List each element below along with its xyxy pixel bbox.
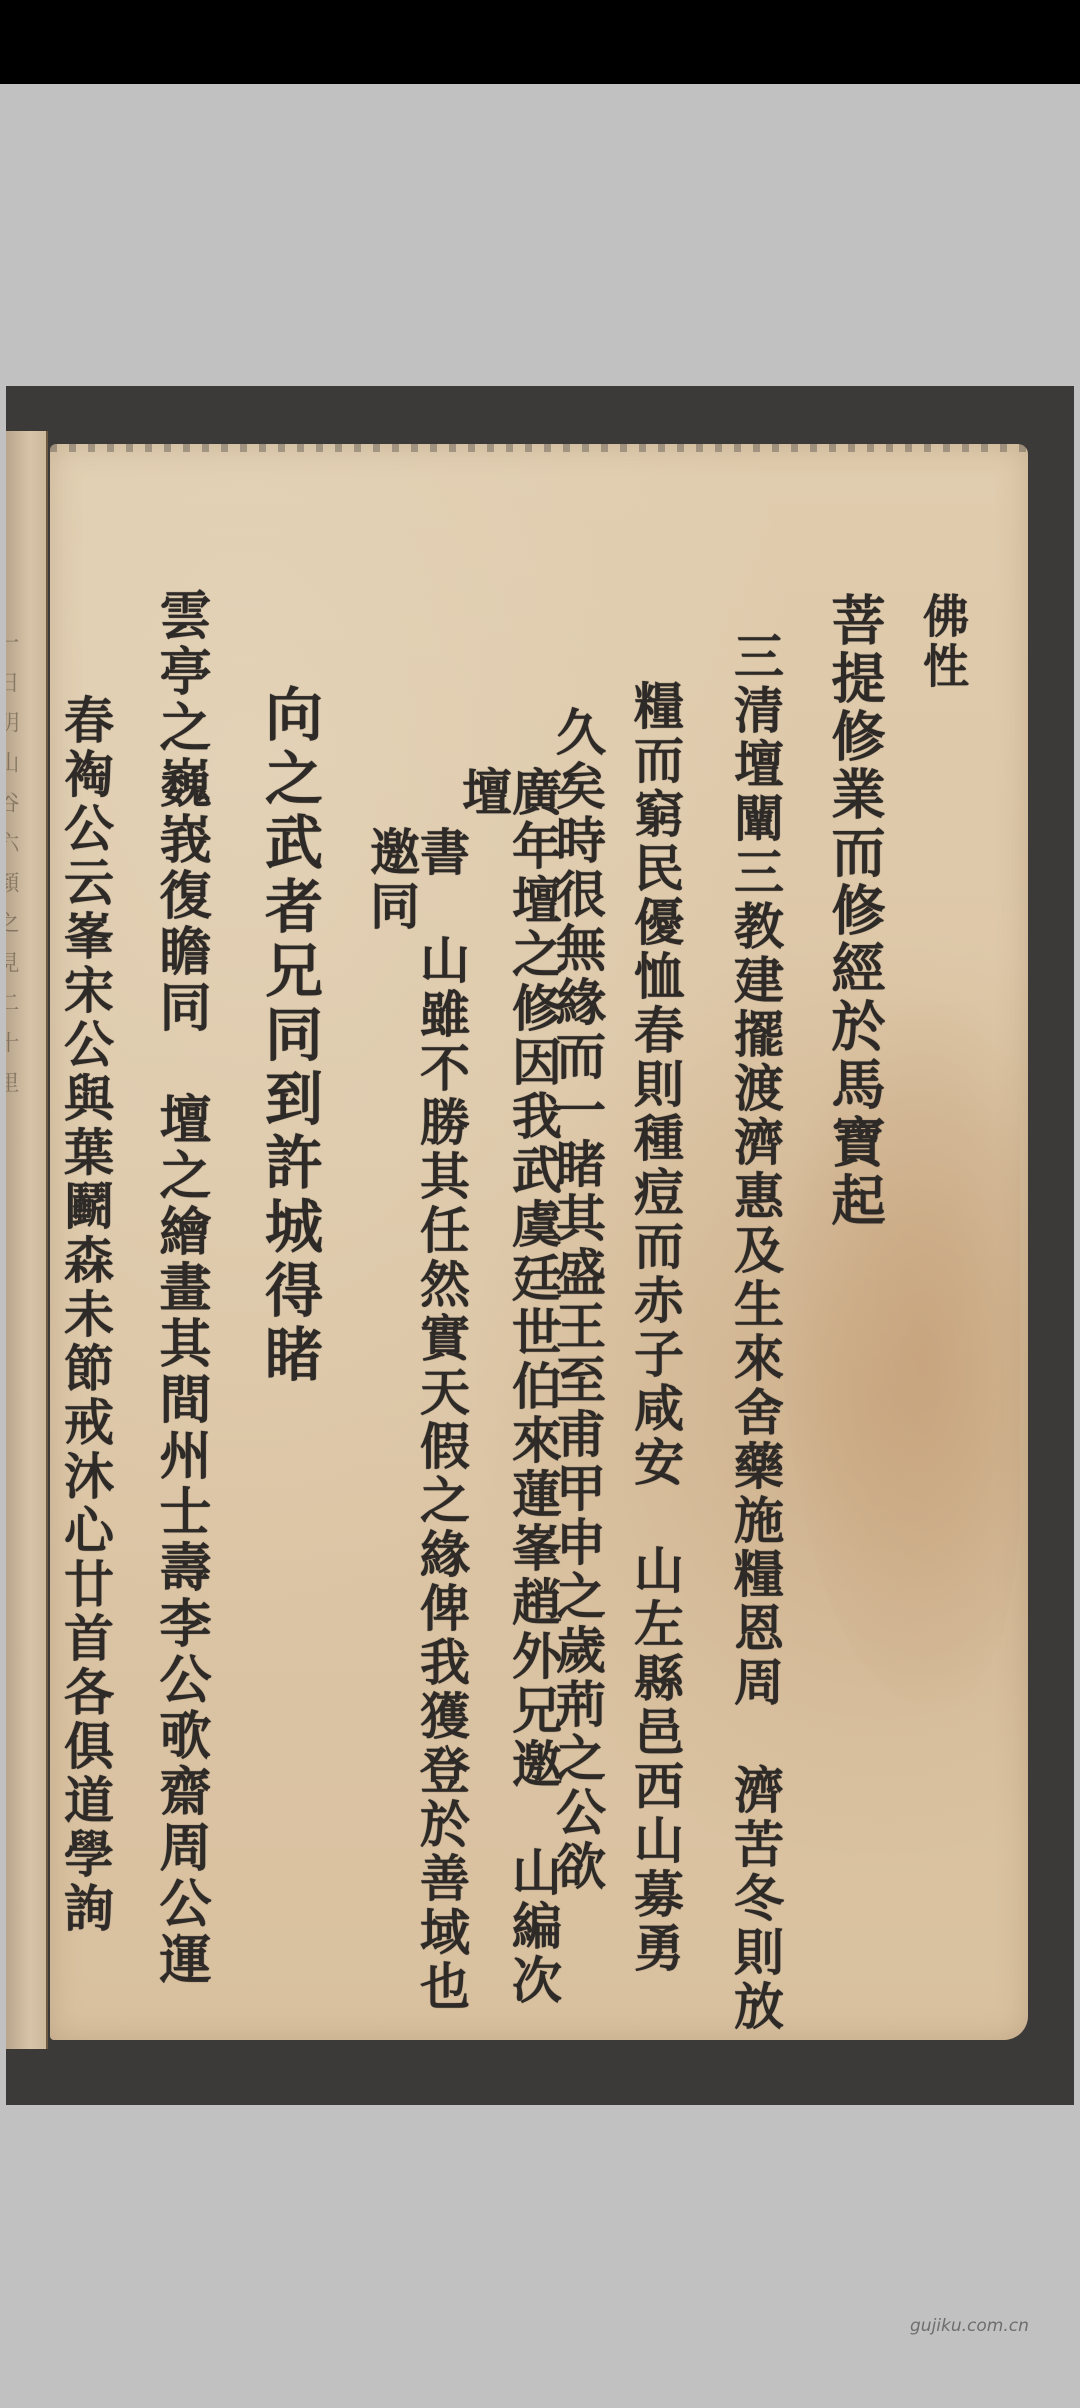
column-8: 向之武者兄同到許城得睹: [260, 684, 318, 1388]
column-6: 廣年壇之修因我武虞廷世伯來蓮峯趙外兄邀 山編次壇: [458, 766, 558, 2040]
manuscript-page: 佛性 菩提修業而修經於馬寶起 三清壇闡三教建擺渡濟惠及生來舍藥施糧恩周 濟苦冬則…: [50, 444, 1028, 2040]
column-2: 菩提修業而修經於馬寶起: [828, 592, 882, 1230]
column-1-heading: 佛性: [920, 592, 966, 692]
column-3: 三清壇闡三教建擺渡濟惠及生來舍藥施糧恩周 濟苦冬則放: [730, 630, 780, 2034]
column-9: 雲亭之巍峩復瞻同 壇之繪畫其間州士壽李公㰤齋周公運: [154, 588, 206, 1988]
column-7: 書 山雖不勝其任然實天假之緣俾我獲登於善域也邀同: [366, 826, 466, 2040]
neighbor-page-edge: 一日明山谷六顏之見二十里: [6, 431, 48, 2049]
manuscript-text: 佛性 菩提修業而修經於馬寶起 三清壇闡三教建擺渡濟惠及生來舍藥施糧恩周 濟苦冬則…: [50, 444, 1028, 2040]
column-4: 糧而窮民優恤春則種痘而赤子咸安 山左縣邑西山募勇: [630, 680, 680, 1976]
column-10: 春裪公云峯宋公與葉鬬森未節戒沐心廿首各俱道學詢: [60, 694, 110, 1936]
site-watermark: gujiku.com.cn: [910, 2316, 1029, 2336]
neighbor-page-text: 一日明山谷六顏之見二十里: [12, 631, 36, 1111]
status-bar: [0, 0, 1080, 84]
manuscript-scan-image[interactable]: 一日明山谷六顏之見二十里 佛性 菩提修業而修經於馬寶起 三清壇闡三教建擺渡濟惠及…: [6, 386, 1074, 2105]
